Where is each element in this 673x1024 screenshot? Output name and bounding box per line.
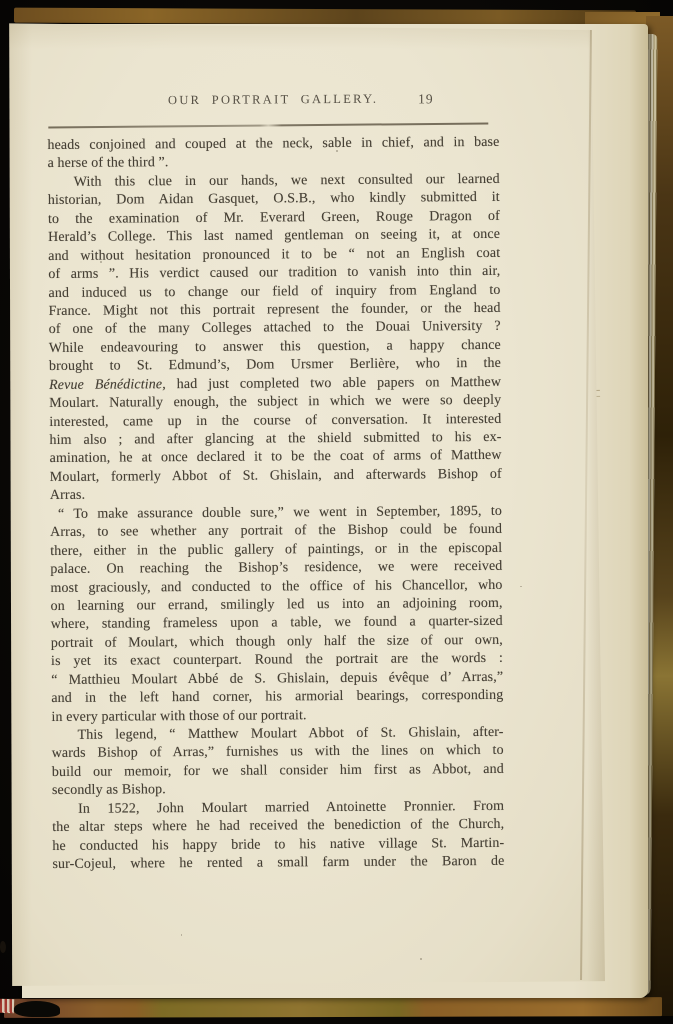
book-photo-scene: OUR PORTRAIT GALLERY. 19 heads conjoined… [0, 0, 673, 1024]
text-segment: Herald’s College. This last named gentle… [48, 227, 500, 245]
text-segment: and in the left hand corner, his armoria… [51, 688, 503, 706]
text-segment: “ To make assurance double sure,” we wen… [58, 504, 502, 522]
page-number: 19 [418, 91, 434, 107]
text-segment: amination, he at once declared it to be … [50, 448, 502, 466]
text-segment: on learning our errand, smilingly led us… [51, 596, 503, 614]
text-line: sur-Cojeul, where he rented a small farm… [52, 853, 504, 875]
text-line: and in the left hand corner, his armoria… [51, 687, 503, 709]
text-line: palace. On reaching the Bishop’s residen… [50, 558, 502, 580]
headband [0, 999, 14, 1013]
text-segment: France. Might not this portrait represen… [49, 301, 501, 319]
text-segment: him also ; and after glancing at the shi… [49, 430, 501, 448]
text-segment: there, either in the public gallery of p… [50, 540, 502, 558]
text-segment: In 1522, John Moulart married Antoinette… [78, 799, 504, 817]
text-segment: wards Bishop of Arras,” furnishes us wit… [52, 743, 504, 761]
text-line: of arms ”. His verdict caused our tradit… [48, 263, 500, 285]
text-segment: historian, Dom Aidan Gasquet, O.S.B., wh… [48, 190, 500, 208]
text-segment: where, standing frameless upon a table, … [51, 614, 503, 632]
text-segment: of one of the many Colleges attached to … [49, 319, 501, 337]
text-segment: palace. On reaching the Bishop’s residen… [50, 559, 502, 577]
text-segment: he conducted his happy bride to his nati… [52, 835, 504, 853]
dust-speck [520, 586, 522, 587]
text-line: build our memoir, for we shall consider … [52, 761, 504, 783]
text-line: Moulart, formerly Abbot of St. Ghislain,… [50, 466, 502, 488]
text-segment: With this clue in our hands, we next con… [74, 172, 500, 190]
text-segment: in every particular with those of our po… [51, 708, 306, 725]
paragraph: With this clue in our hands, we next con… [48, 171, 502, 506]
text-segment: is yet its exact counterpart. Round the … [51, 651, 503, 669]
text-segment: and induced us to change our field of in… [48, 282, 500, 300]
text-segment: interested, came up in the course of con… [49, 411, 501, 429]
printed-area: OUR PORTRAIT GALLERY. 19 heads conjoined… [0, 0, 673, 1024]
paragraph: In 1522, John Moulart married Antoinette… [52, 798, 505, 875]
text-segment: to the examination of Mr. Everard Green,… [48, 209, 500, 227]
paragraph: “ To make assurance double sure,” we wen… [50, 503, 504, 727]
text-segment: the altar steps where he had received th… [52, 817, 504, 835]
text-segment: portrait of Moulart, which though only h… [51, 633, 503, 651]
text-segment: Moulart, formerly Abbot of St. Ghislain,… [50, 467, 502, 485]
dust-speck [181, 934, 182, 936]
text-line: heads conjoined and couped at the neck, … [47, 134, 499, 156]
text-segment: heads conjoined and couped at the neck, … [47, 135, 499, 153]
text-segment: “ Matthieu Moulart Abbé de S. Ghislain, … [51, 670, 503, 688]
dust-speck [420, 958, 422, 960]
header-rule [48, 122, 488, 128]
text-segment: of arms ”. His verdict caused our tradit… [48, 264, 500, 282]
text-segment: most graciously, and conducted to the of… [50, 577, 502, 595]
text-segment: This legend, “ Matthew Moulart Abbot of … [78, 725, 504, 743]
text-block-body: heads conjoined and couped at the neck, … [47, 134, 504, 875]
text-segment: secondly as Bishop. [52, 783, 166, 799]
text-segment: Arras. [50, 488, 85, 503]
text-segment: Arras, to see whether any portrait of th… [50, 522, 502, 540]
page-header: OUR PORTRAIT GALLERY. 19 [47, 91, 499, 112]
text-segment: had just completed two able papers on Ma… [166, 375, 501, 392]
text-segment: While endeavouring to answer this questi… [49, 338, 501, 356]
ink-blot [0, 941, 6, 953]
text-segment: build our memoir, for we shall consider … [52, 762, 504, 780]
shadow-blob [14, 1001, 60, 1017]
dust-speck [100, 261, 102, 263]
italic-text: Revue Bénédictine, [49, 377, 166, 393]
text-segment: sur-Cojeul, where he rented a small farm… [52, 854, 504, 872]
paragraph: This legend, “ Matthew Moulart Abbot of … [51, 724, 504, 801]
dust-speck [336, 150, 338, 152]
text-segment: Moulart. Naturally enough, the subject i… [49, 393, 501, 411]
text-segment: brought to St. Edmund’s, Dom Ursmer Berl… [49, 356, 501, 374]
text-segment: a herse of the third ”. [48, 156, 169, 172]
paragraph: heads conjoined and couped at the neck, … [47, 134, 499, 174]
text-segment: and without hesitation pronounced it to … [48, 245, 500, 263]
